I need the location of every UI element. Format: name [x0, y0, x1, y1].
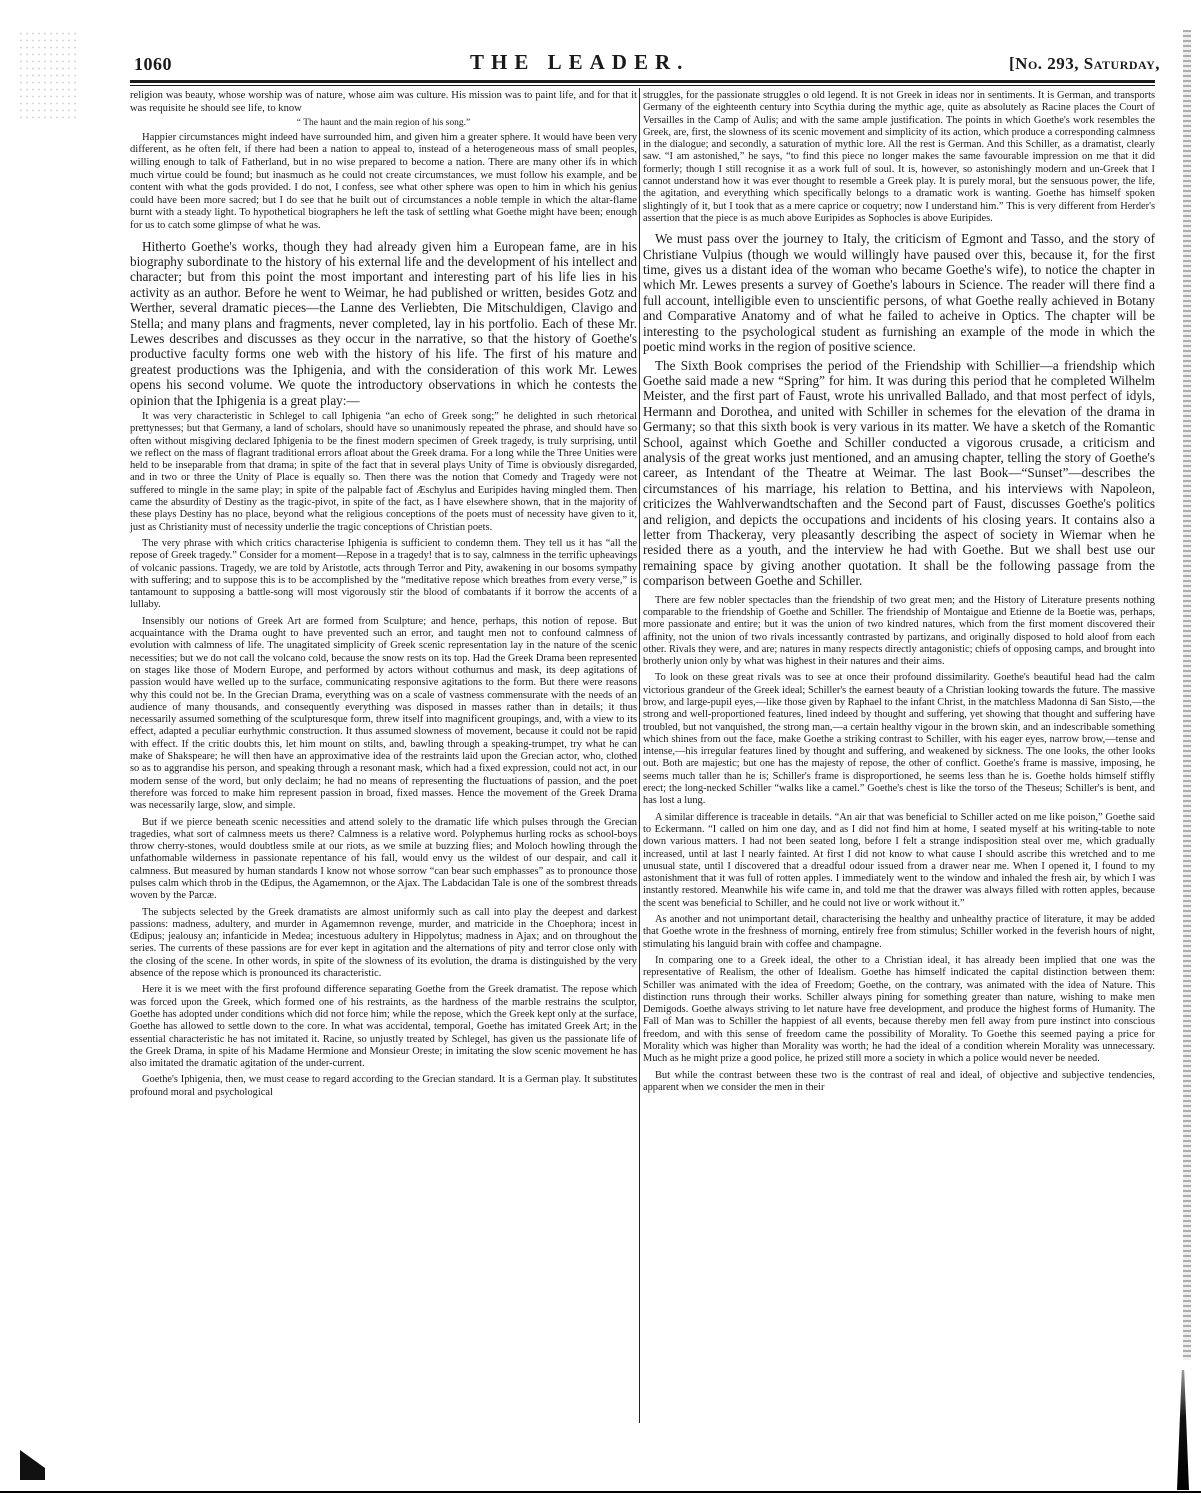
corner-blot: [20, 1450, 45, 1480]
quoted-paragraph: Here it is we meet with the first profou…: [130, 984, 637, 1070]
paragraph: We must pass over the journey to Italy, …: [643, 231, 1155, 354]
masthead-rule: [130, 80, 1155, 83]
page-edge-blot: [1177, 1370, 1189, 1490]
quoted-paragraph: Insensibly our notions of Greek Art are …: [130, 616, 637, 813]
page-number: 1060: [134, 54, 172, 75]
left-column: religion was beauty, whose worship was o…: [130, 90, 637, 1103]
quoted-paragraph: Goethe's Iphigenia, then, we must cease …: [130, 1074, 637, 1099]
quoted-paragraph: A similar difference is traceable in det…: [643, 812, 1155, 910]
paragraph: Hitherto Goethe's works, though they had…: [130, 239, 637, 408]
quoted-paragraph: There are few nobler spectacles than the…: [643, 595, 1155, 669]
quoted-paragraph: But while the contrast between these two…: [643, 1070, 1155, 1095]
verse-quote: “ The haunt and the main region of his s…: [130, 117, 637, 130]
quoted-paragraph: As another and not unimportant detail, c…: [643, 914, 1155, 951]
quoted-paragraph: The subjects selected by the Greek drama…: [130, 907, 637, 981]
newspaper-title: THE LEADER.: [470, 50, 689, 75]
paper-speckle: [18, 30, 78, 120]
page-edge-shadow: [1183, 30, 1191, 1360]
scan-bottom-edge: [0, 1491, 1201, 1493]
quoted-paragraph: To look on these great rivals was to see…: [643, 672, 1155, 807]
masthead-rule-thin: [130, 85, 1155, 86]
quoted-paragraph: In comparing one to a Greek ideal, the o…: [643, 955, 1155, 1066]
paragraph: Happier circumstances might indeed have …: [130, 132, 637, 233]
column-divider: [639, 88, 640, 1423]
paragraph: religion was beauty, whose worship was o…: [130, 90, 637, 115]
masthead: 1060 THE LEADER. [No. 293, Saturday,: [130, 50, 1160, 80]
paragraph: The Sixth Book comprises the period of t…: [643, 358, 1155, 589]
quoted-paragraph: It was very characteristic in Schlegel t…: [130, 411, 637, 534]
issue-label: [No. 293, Saturday,: [1009, 54, 1160, 74]
right-column: struggles, for the passionate struggles …: [643, 90, 1155, 1098]
quoted-paragraph: The very phrase with which critics chara…: [130, 538, 637, 612]
quoted-paragraph: But if we pierce beneath scenic necessit…: [130, 817, 637, 903]
newspaper-page: 1060 THE LEADER. [No. 293, Saturday, rel…: [0, 0, 1201, 1495]
quoted-paragraph: struggles, for the passionate struggles …: [643, 90, 1155, 225]
